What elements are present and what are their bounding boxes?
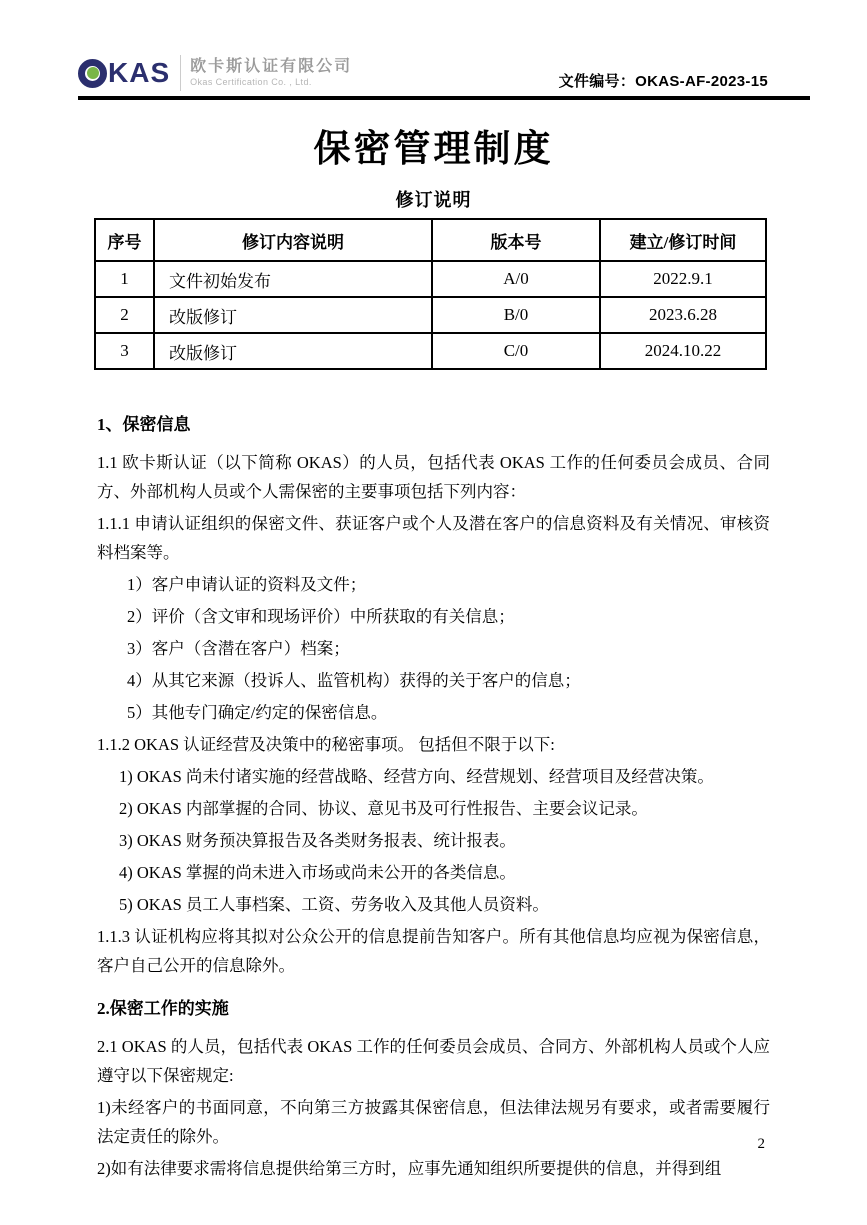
table-row: 3 改版修订 C/0 2024.10.22 [95, 333, 766, 369]
column-header-desc: 修订内容说明 [154, 219, 432, 261]
table-row: 2 改版修订 B/0 2023.6.28 [95, 297, 766, 333]
list-item: 4) OKAS 掌握的尚未进入市场或尚未公开的各类信息。 [97, 858, 770, 887]
cell-version: A/0 [432, 261, 600, 297]
paragraph-1-1-1: 1.1.1 申请认证组织的保密文件、获证客户或个人及潜在客户的信息资料及有关情况… [97, 509, 770, 567]
table-header-row: 序号 修订内容说明 版本号 建立/修订时间 [95, 219, 766, 261]
okas-logo: KAS 欧卡斯认证有限公司 Okas Certification Co. , L… [78, 55, 352, 96]
logo-divider [180, 55, 181, 91]
doc-number: 文件编号：OKAS-AF-2023-15 [559, 70, 768, 96]
company-name-cn: 欧卡斯认证有限公司 [190, 59, 352, 75]
cell-version: B/0 [432, 297, 600, 333]
list-item: 3) OKAS 财务预决算报告及各类财务报表、统计报表。 [97, 826, 770, 855]
logo-wordmark-tail: KAS [108, 59, 170, 87]
page-title: 保密管理制度 [0, 112, 867, 172]
paragraph-1-1-3: 1.1.3 认证机构应将其拟对公众公开的信息提前告知客户。所有其他信息均应视为保… [97, 922, 770, 980]
table-row: 1 文件初始发布 A/0 2022.9.1 [95, 261, 766, 297]
cell-date: 2023.6.28 [600, 297, 766, 333]
cell-desc: 文件初始发布 [154, 261, 432, 297]
cell-desc: 改版修订 [154, 333, 432, 369]
cell-seq: 1 [95, 261, 154, 297]
company-names: 欧卡斯认证有限公司 Okas Certification Co. , Ltd. [190, 59, 352, 87]
revision-table-caption: 修订说明 [0, 186, 867, 212]
list-item: 4）从其它来源（投诉人、监管机构）获得的关于客户的信息； [97, 666, 770, 695]
list-item: 3）客户（含潜在客户）档案； [97, 634, 770, 663]
logo-o-icon [78, 59, 107, 88]
section-heading-1: 1、保密信息 [97, 410, 770, 439]
list-item: 2）评价（含文审和现场评价）中所获取的有关信息； [97, 602, 770, 631]
column-header-date: 建立/修订时间 [600, 219, 766, 261]
document-page: KAS 欧卡斯认证有限公司 Okas Certification Co. , L… [0, 0, 867, 1225]
cell-desc: 改版修订 [154, 297, 432, 333]
cell-date: 2024.10.22 [600, 333, 766, 369]
paragraph-2-1: 2.1 OKAS 的人员，包括代表 OKAS 工作的任何委员会成员、合同方、外部… [97, 1032, 770, 1090]
list-item: 2)如有法律要求需将信息提供给第三方时，应事先通知组织所要提供的信息，并得到组 [97, 1154, 770, 1183]
page-number: 2 [758, 1136, 766, 1153]
revision-table: 序号 修订内容说明 版本号 建立/修订时间 1 文件初始发布 A/0 2022.… [94, 218, 767, 370]
list-item: 1) OKAS 尚未付诸实施的经营战略、经营方向、经营规划、经营项目及经营决策。 [97, 762, 770, 791]
list-item: 2) OKAS 内部掌握的合同、协议、意见书及可行性报告、主要会议记录。 [97, 794, 770, 823]
list-item: 1)未经客户的书面同意，不向第三方披露其保密信息，但法律法规另有要求，或者需要履… [97, 1093, 770, 1151]
cell-seq: 2 [95, 297, 154, 333]
document-body: 1、保密信息 1.1 欧卡斯认证（以下简称 OKAS）的人员，包括代表 OKAS… [97, 410, 770, 1183]
section-heading-2: 2.保密工作的实施 [97, 994, 770, 1023]
page-header: KAS 欧卡斯认证有限公司 Okas Certification Co. , L… [78, 40, 810, 100]
logo-green-dot-icon [87, 67, 99, 79]
paragraph-1-1-2: 1.1.2 OKAS 认证经营及决策中的秘密事项。 包括但不限于以下: [97, 730, 770, 759]
company-name-en: Okas Certification Co. , Ltd. [190, 78, 352, 87]
list-item: 5）其他专门确定/约定的保密信息。 [97, 698, 770, 727]
list-item: 5) OKAS 员工人事档案、工资、劳务收入及其他人员资料。 [97, 890, 770, 919]
column-header-ver: 版本号 [432, 219, 600, 261]
cell-version: C/0 [432, 333, 600, 369]
cell-seq: 3 [95, 333, 154, 369]
cell-date: 2022.9.1 [600, 261, 766, 297]
list-item: 1）客户申请认证的资料及文件； [97, 570, 770, 599]
paragraph-1-1: 1.1 欧卡斯认证（以下简称 OKAS）的人员，包括代表 OKAS 工作的任何委… [97, 448, 770, 506]
column-header-seq: 序号 [95, 219, 154, 261]
